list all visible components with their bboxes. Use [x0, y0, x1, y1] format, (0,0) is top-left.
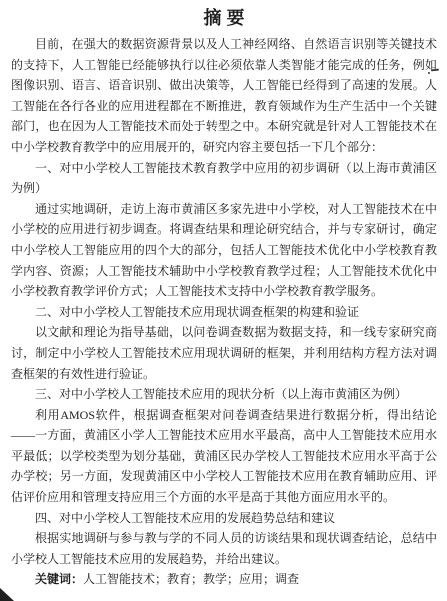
section-heading: 四、对中小学校人工智能技术应用的发展趋势总结和建议: [11, 508, 437, 529]
body-paragraph: 以文献和理论为指导基础，以问卷调查数据为数据支持，和一线专家研究商讨，制定中小学…: [11, 322, 437, 384]
abstract-content: 目前，在强大的数据资源背景以及人工神经网络、自然语言识别等关键技术的支持下，人工…: [11, 34, 437, 569]
section-heading: 三、对中小学校人工智能技术应用的现状分析（以上海市黄浦区为例）: [11, 384, 437, 405]
body-paragraph: 根据实地调研与参与教与学的不同人员的访谈结果和现状调查结论，总结中小学校人工智能…: [11, 528, 437, 569]
keywords-text: 人工智能技术；教育；教学；应用；调查: [83, 572, 299, 586]
body-paragraph: 通过实地调研，走访上海市黄浦区多家先进中小学校，对人工智能技术在中小学校的应用进…: [11, 199, 437, 302]
abstract-page: 摘要 目前，在强大的数据资源背景以及人工神经网络、自然语言识别等关键技术的支持下…: [0, 0, 447, 601]
section-heading: 二、对中小学校人工智能技术应用现状调查框架的构建和验证: [11, 302, 437, 323]
body-paragraph: 目前，在强大的数据资源背景以及人工神经网络、自然语言识别等关键技术的支持下，人工…: [11, 34, 437, 158]
scan-speck: [431, 69, 439, 72]
section-heading: 一、对中小学校人工智能技术教育教学中应用的初步调研（以上海市黄浦区为例）: [11, 158, 437, 199]
scan-speck-dot: [428, 72, 430, 74]
keywords-label: 关键词：: [35, 572, 83, 586]
page-title: 摘要: [11, 7, 437, 29]
keywords-line: 关键词：人工智能技术；教育；教学；应用；调查: [11, 569, 437, 590]
body-paragraph: 利用AMOS软件，根据调查框架对问卷调查结果进行数据分析，得出结论——一方面，黄…: [11, 405, 437, 508]
